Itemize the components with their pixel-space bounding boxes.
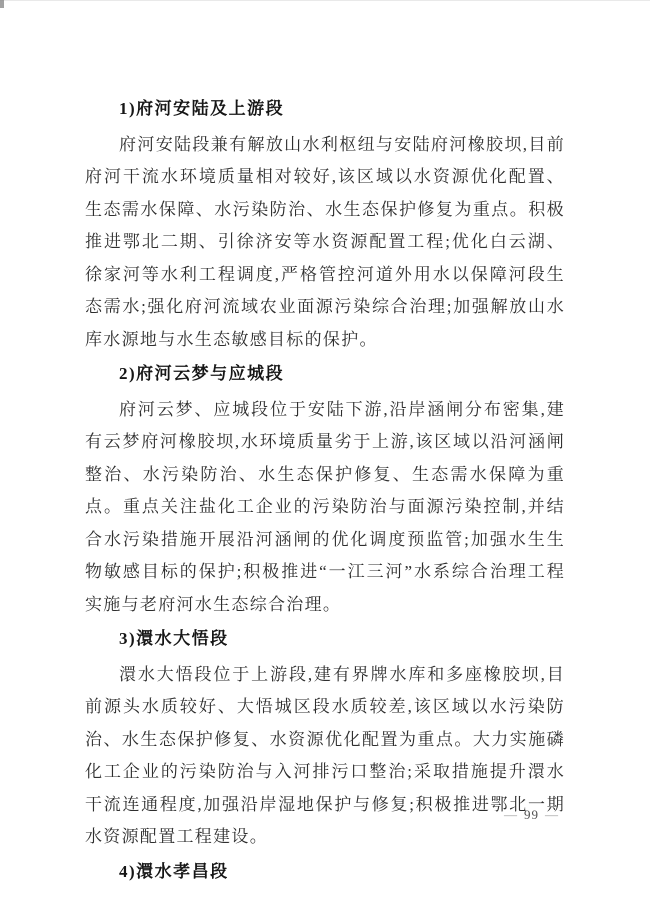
page-number: 99 (524, 807, 539, 822)
section-paragraph-1: 府河安陆段兼有解放山水利枢纽与安陆府河橡胶坝,目前府河干流水环境质量相对较好,该… (85, 129, 565, 357)
footer-right-dash: — (539, 807, 565, 822)
section-heading-1: 1)府河安陆及上游段 (85, 93, 565, 126)
page-footer: —99— (498, 806, 565, 824)
document-page: 1)府河安陆及上游段 府河安陆段兼有解放山水利枢纽与安陆府河橡胶坝,目前府河干流… (0, 0, 650, 919)
document-content: 1)府河安陆及上游段 府河安陆段兼有解放山水利枢纽与安陆府河橡胶坝,目前府河干流… (85, 91, 565, 891)
section-paragraph-2: 府河云梦、应城段位于安陆下游,沿岸涵闸分布密集,建有云梦府河橡胶坝,水环境质量劣… (85, 394, 565, 622)
footer-left-dash: — (498, 807, 524, 822)
section-heading-2: 2)府河云梦与应城段 (85, 358, 565, 391)
section-heading-3: 3)澴水大悟段 (85, 623, 565, 656)
section-heading-4: 4)澴水孝昌段 (85, 856, 565, 889)
scan-edge-artifact (0, 0, 650, 1)
section-paragraph-3: 澴水大悟段位于上游段,建有界牌水库和多座橡胶坝,目前源头水质较好、大悟城区段水质… (85, 659, 565, 854)
scan-speck-artifact (0, 0, 4, 8)
